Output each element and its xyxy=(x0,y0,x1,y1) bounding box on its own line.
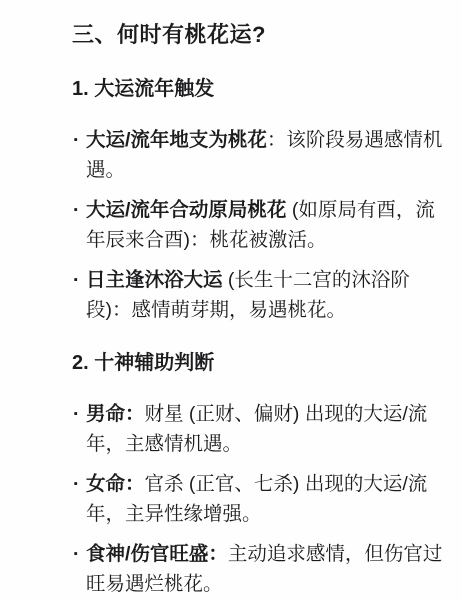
bullet-list-1: ·大运/流年地支为桃花：该阶段易遇感情机遇。·大运/流年合动原局桃花 (如原局有… xyxy=(72,125,450,325)
bullet-text: 大运/流年合动原局桃花 (如原局有酉，流年辰来合酉)：桃花被激活。 xyxy=(86,199,435,251)
list-item: ·大运/流年地支为桃花：该阶段易遇感情机遇。 xyxy=(72,125,450,185)
bullet-icon: · xyxy=(73,399,85,429)
bullet-text: 日主逢沐浴大运 (长生十二宫的沐浴阶段)：感情萌芽期，易遇桃花。 xyxy=(86,269,410,321)
section-heading-2: 2. 十神辅助判断 xyxy=(72,348,450,378)
page-title: 三、何时有桃花运? xyxy=(72,20,450,50)
section-dayun-liunian: 1. 大运流年触发 ·大运/流年地支为桃花：该阶段易遇感情机遇。·大运/流年合动… xyxy=(72,74,450,325)
list-item: ·男命：财星 (正财、偏财) 出现的大运/流年，主感情机遇。 xyxy=(72,399,450,459)
list-item: ·食神/伤官旺盛：主动追求感情，但伤官过旺易遇烂桃花。 xyxy=(72,539,450,599)
bullet-text: 大运/流年地支为桃花：该阶段易遇感情机遇。 xyxy=(86,129,442,181)
document-page: 三、何时有桃花运? 1. 大运流年触发 ·大运/流年地支为桃花：该阶段易遇感情机… xyxy=(0,0,462,600)
list-item: ·女命：官杀 (正官、七杀) 出现的大运/流年，主异性缘增强。 xyxy=(72,469,450,529)
bullet-text: 女命：官杀 (正官、七杀) 出现的大运/流年，主异性缘增强。 xyxy=(86,473,427,525)
section-heading-1: 1. 大运流年触发 xyxy=(72,74,450,104)
bullet-icon: · xyxy=(73,195,85,225)
bullet-text: 男命：财星 (正财、偏财) 出现的大运/流年，主感情机遇。 xyxy=(86,403,427,455)
list-item: ·大运/流年合动原局桃花 (如原局有酉，流年辰来合酉)：桃花被激活。 xyxy=(72,195,450,255)
bullet-icon: · xyxy=(73,539,85,569)
bullet-icon: · xyxy=(73,125,85,155)
bullet-list-2: ·男命：财星 (正财、偏财) 出现的大运/流年，主感情机遇。·女命：官杀 (正官… xyxy=(72,399,450,599)
bullet-icon: · xyxy=(73,469,85,499)
bullet-text: 食神/伤官旺盛：主动追求感情，但伤官过旺易遇烂桃花。 xyxy=(86,543,442,595)
bullet-icon: · xyxy=(73,265,85,295)
section-shishen: 2. 十神辅助判断 ·男命：财星 (正财、偏财) 出现的大运/流年，主感情机遇。… xyxy=(72,348,450,599)
list-item: ·日主逢沐浴大运 (长生十二宫的沐浴阶段)：感情萌芽期，易遇桃花。 xyxy=(72,265,450,325)
